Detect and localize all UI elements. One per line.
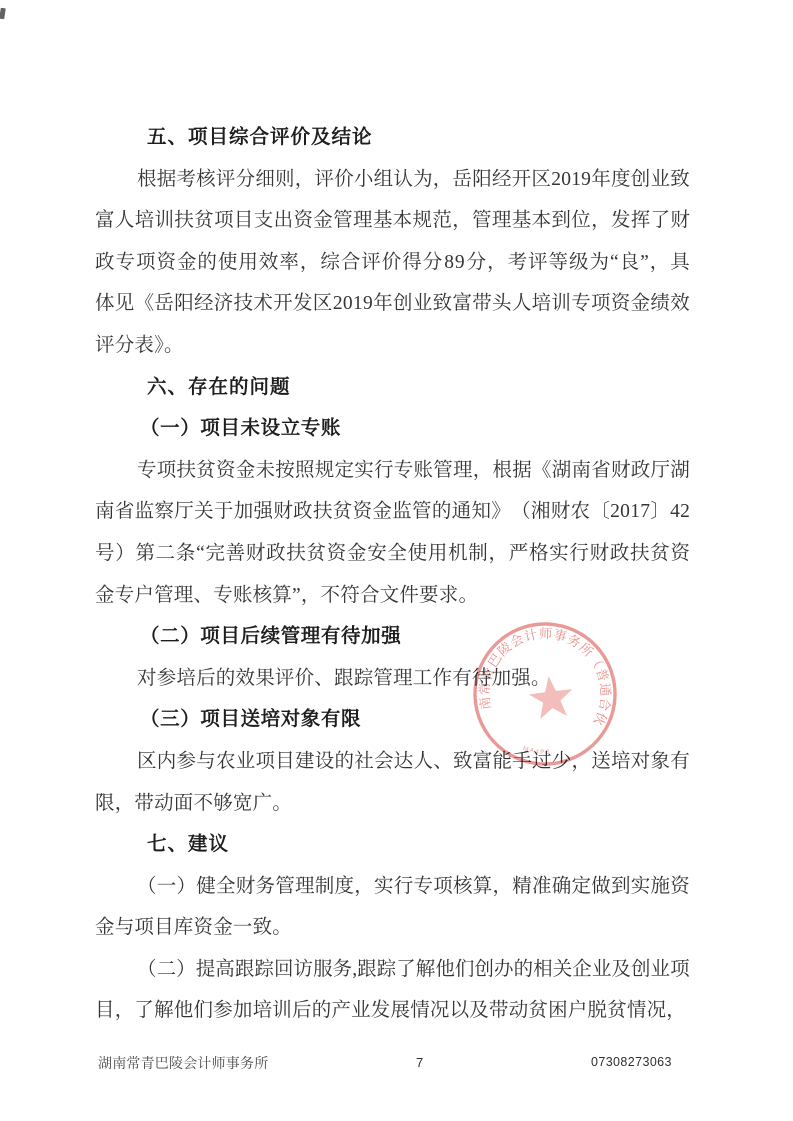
page-footer: 湖南常青巴陵会计师事务所 7 07308273063 [0,1050,793,1080]
section-heading: 六、存在的问题 [95,367,690,409]
body-text-line: 限，带动面不够宽广。 [95,783,690,825]
section-heading: 五、项目综合评价及结论 [95,117,690,159]
body-text-line: （一）健全财务管理制度，实行专项核算，精准确定做到实施资 [95,866,690,908]
seal-serial-text: MA4P0 [522,745,553,758]
section-heading: （一）项目未设立专账 [95,408,690,450]
body-text-line: 富人培训扶贫项目支出资金管理基本规范，管理基本到位，发挥了财 [95,200,690,242]
body-text-line: 政专项资金的使用效率，综合评价得分 89 分，考评等级为“良”，具 [95,242,690,284]
footer-page-number: 7 [416,1055,423,1070]
body-text-line: 体见《岳阳经济技术开发区 2019 年创业致富带头人培训专项资金绩效 [95,283,690,325]
body-text-line: 根据考核评分细则，评价小组认为，岳阳经开区 2019 年度创业致 [95,159,690,201]
footer-company-name: 湖南常青巴陵会计师事务所 [98,1053,268,1073]
body-text-line: 南省监察厅关于加强财政扶贫资金监管的通知》（湘财农〔2017〕42 [95,491,690,533]
body-text-line: （二）提高跟踪回访服务,跟踪了解他们创办的相关企业及创业项 [95,949,690,991]
body-text-line: 金与项目库资金一致。 [95,907,690,949]
body-text-line: 号）第二条“完善财政扶贫资金安全使用机制，严格实行财政扶贫资 [95,533,690,575]
document-body: 五、项目综合评价及结论根据考核评分细则，评价小组认为，岳阳经开区 2019 年度… [95,117,690,1032]
footer-phone-number: 07308273063 [591,1055,672,1069]
scan-artifact-speck [0,8,6,20]
section-heading: 七、建议 [95,824,690,866]
seal-star-icon [527,673,576,720]
body-text-line: 目，了解他们参加培训后的产业发展情况以及带动贫困户脱贫情况， [95,990,690,1032]
body-text-line: 评分表》。 [95,325,690,367]
company-seal-stamp: 湖南常青巴陵会计师事务所（普通合伙） MA4P0 [460,609,630,779]
body-text-line: 专项扶贫资金未按照规定实行专账管理，根据《湖南省财政厅湖 [95,450,690,492]
document-page: 五、项目综合评价及结论根据考核评分细则，评价小组认为，岳阳经开区 2019 年度… [0,0,793,1121]
